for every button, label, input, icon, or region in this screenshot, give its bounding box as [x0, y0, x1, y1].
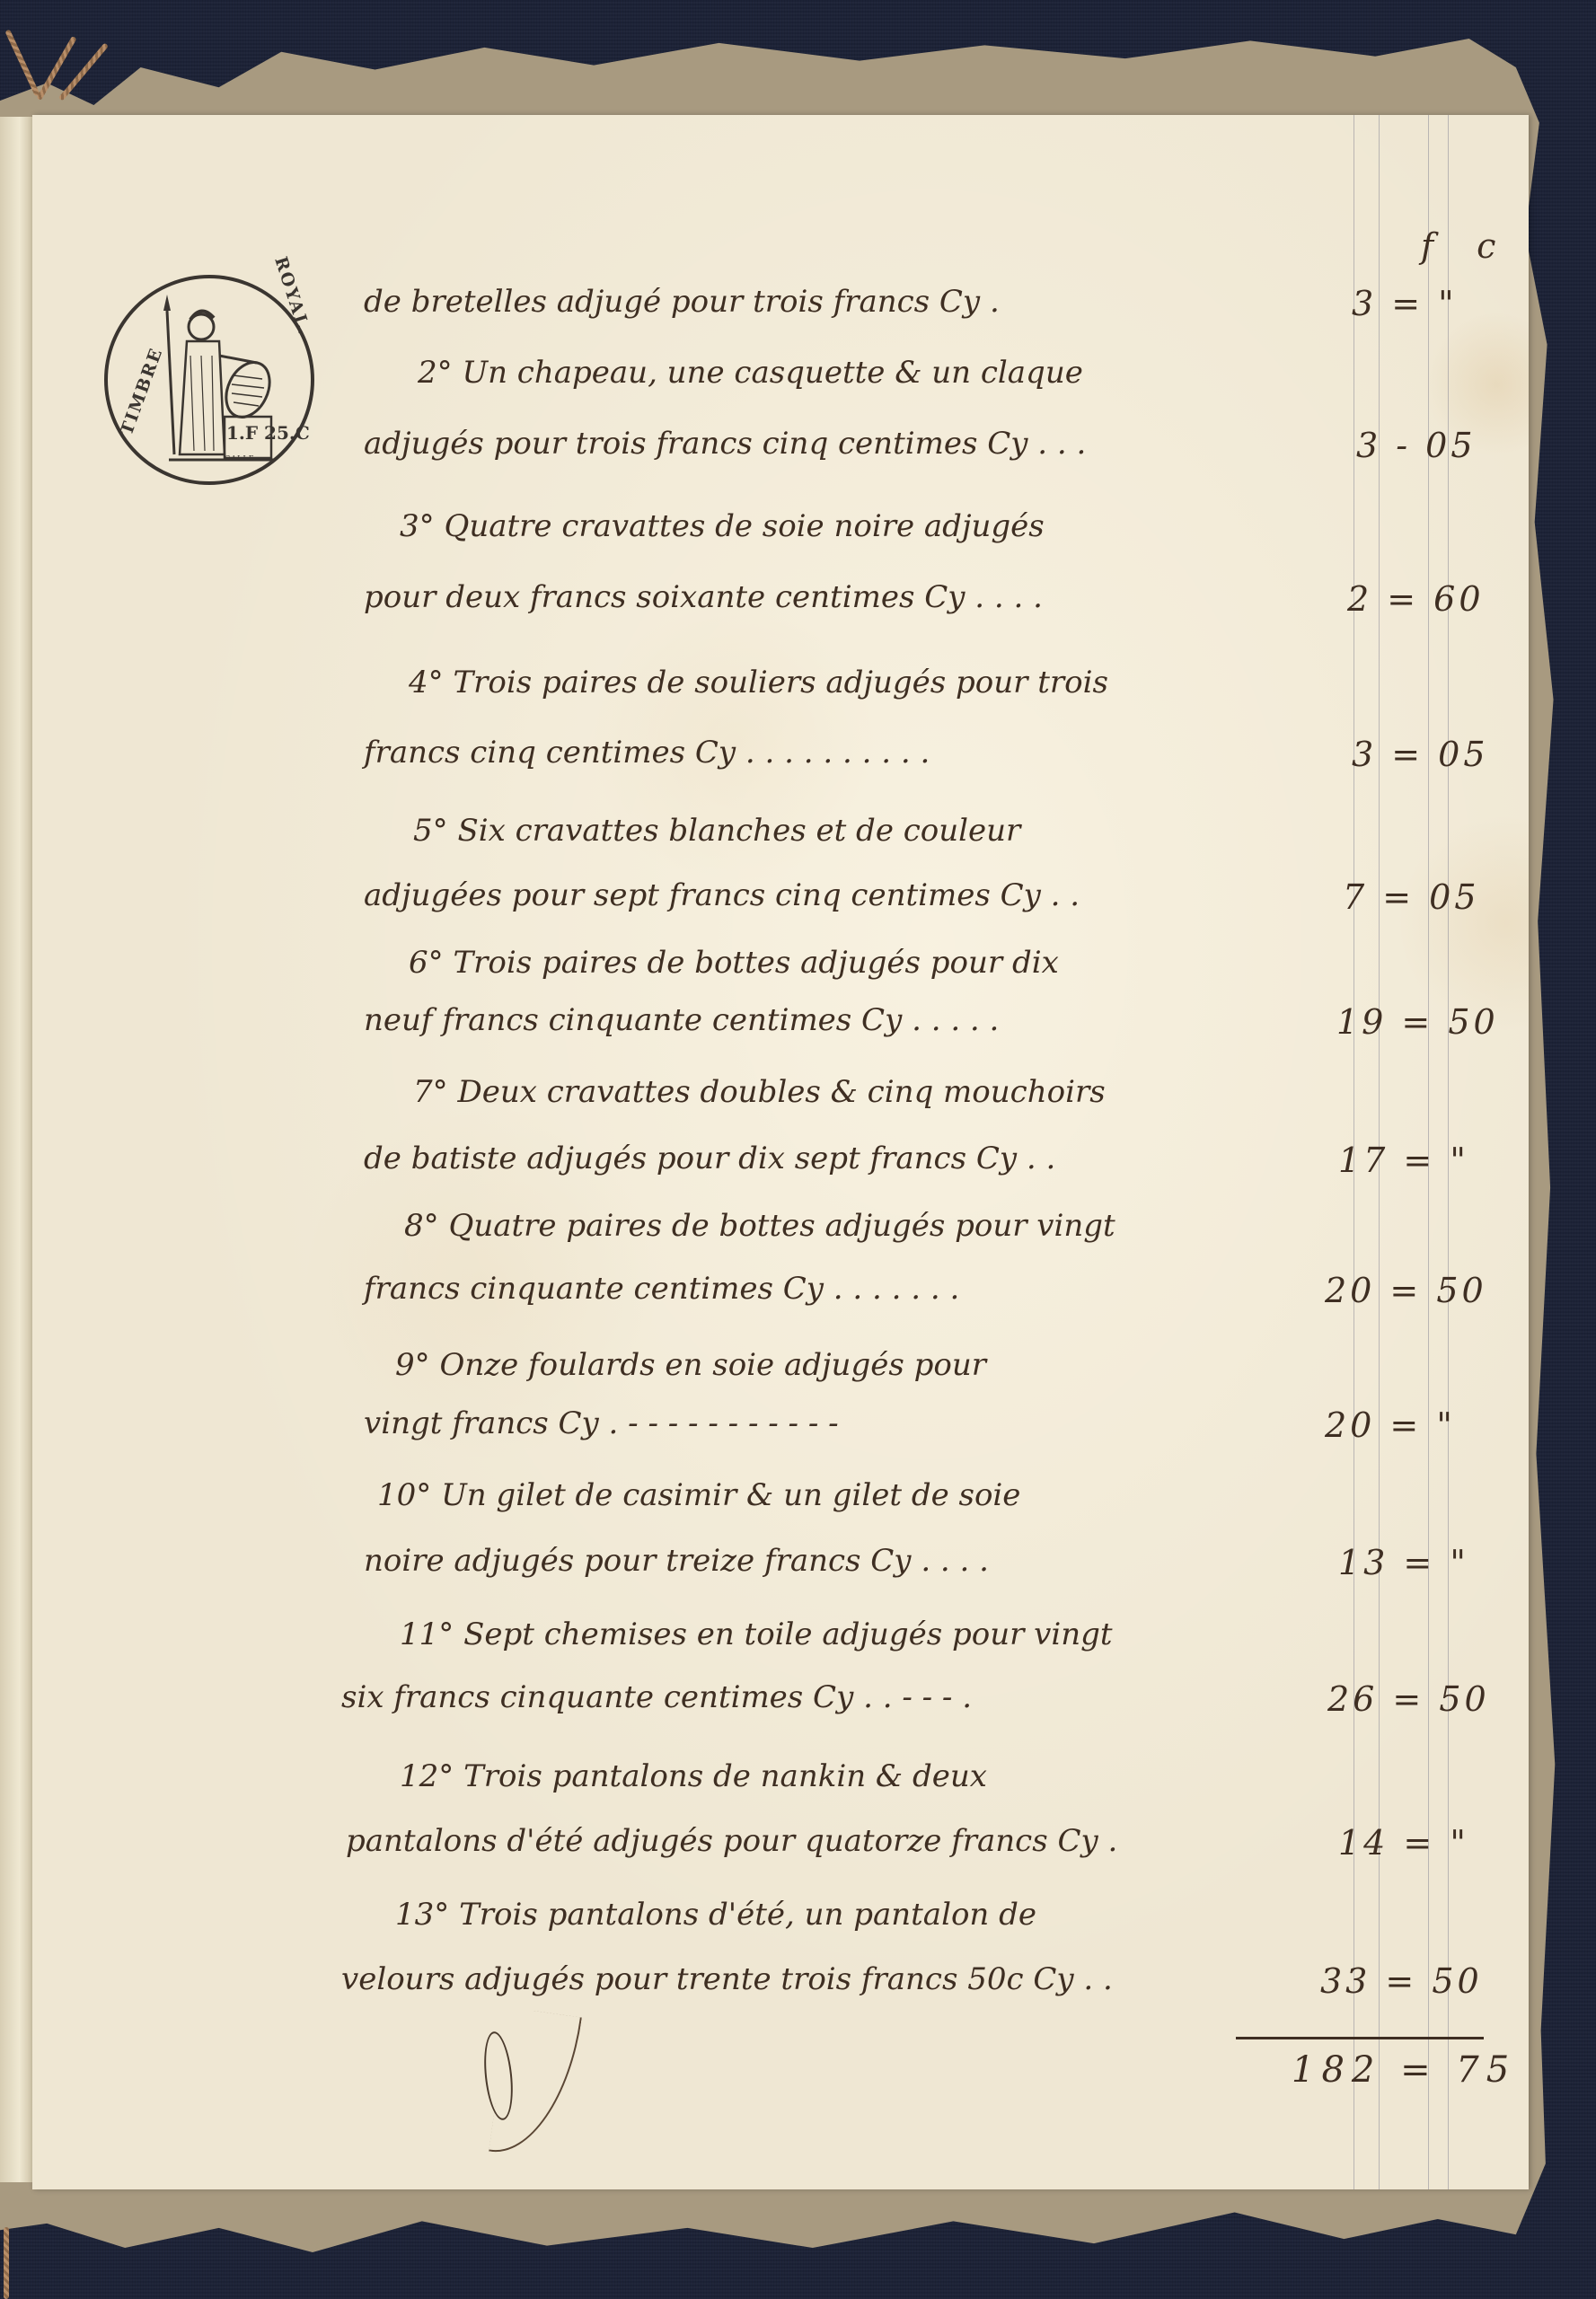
line-text: adjugés pour trois francs cinq centimes …	[364, 426, 1086, 462]
line-amount: 33 = 50	[1320, 1961, 1483, 2001]
manuscript-line: neuf francs cinquante centimes Cy . . . …	[0, 1002, 1596, 1056]
line-text: pantalons d'été adjugés pour quatorze fr…	[346, 1823, 1117, 1859]
line-text: velours adjugés pour trente trois francs…	[341, 1961, 1113, 1997]
manuscript-line: 11° Sept chemises en toile adjugés pour …	[0, 1616, 1596, 1670]
line-text: neuf francs cinquante centimes Cy . . . …	[364, 1002, 999, 1038]
manuscript-line: 8° Quatre paires de bottes adjugés pour …	[0, 1208, 1596, 1262]
line-amount: 3 = 05	[1352, 735, 1489, 774]
line-amount: 7 = 05	[1343, 877, 1480, 917]
line-text: 2° Un chapeau, une casquette & un claque	[418, 355, 1083, 391]
line-text: 9° Onze foulards en soie adjugés pour	[395, 1347, 986, 1383]
manuscript-line: pour deux francs soixante centimes Cy . …	[0, 579, 1596, 633]
manuscript-line: de bretelles adjugé pour trois francs Cy…	[0, 284, 1596, 338]
line-amount: 20 = 50	[1325, 1271, 1487, 1310]
line-amount: 13 = "	[1338, 1543, 1469, 1582]
line-amount: 3 = "	[1352, 284, 1458, 323]
manuscript-line: 3° Quatre cravattes de soie noire adjugé…	[0, 508, 1596, 562]
manuscript-line: 7° Deux cravattes doubles & cinq mouchoi…	[0, 1074, 1596, 1128]
manuscript-line: adjugées pour sept francs cinq centimes …	[0, 877, 1596, 931]
manuscript-line: 12° Trois pantalons de nankin & deux	[0, 1758, 1596, 1812]
binding-thread	[4, 29, 40, 96]
manuscript-line: noire adjugés pour treize francs Cy . . …	[0, 1543, 1596, 1597]
line-text: 13° Trois pantalons d'été, un pantalon d…	[395, 1897, 1036, 1933]
line-text: 5° Six cravattes blanches et de couleur	[413, 813, 1020, 849]
line-amount: 3 - 05	[1356, 426, 1477, 465]
line-text: 10° Un gilet de casimir & un gilet de so…	[377, 1477, 1020, 1513]
line-text: 6° Trois paires de bottes adjugés pour d…	[409, 945, 1059, 981]
line-amount: 17 = "	[1338, 1141, 1469, 1180]
manuscript-line: vingt francs Cy . - - - - - - - - - - -2…	[0, 1405, 1596, 1459]
manuscript-line: de batiste adjugés pour dix sept francs …	[0, 1141, 1596, 1194]
line-text: de bretelles adjugé pour trois francs Cy…	[364, 284, 1000, 320]
line-text: 4° Trois paires de souliers adjugés pour…	[409, 665, 1108, 700]
line-text: adjugées pour sept francs cinq centimes …	[364, 877, 1080, 913]
column-header-francs-centimes: f c	[1421, 226, 1512, 266]
manuscript-line: francs cinq centimes Cy . . . . . . . . …	[0, 735, 1596, 788]
line-text: vingt francs Cy . - - - - - - - - - - -	[364, 1405, 839, 1441]
line-amount: 26 = 50	[1327, 1679, 1490, 1719]
line-text: 3° Quatre cravattes de soie noire adjugé…	[400, 508, 1045, 544]
line-text: 8° Quatre paires de bottes adjugés pour …	[404, 1208, 1115, 1244]
line-text: pour deux francs soixante centimes Cy . …	[364, 579, 1043, 615]
line-text: de batiste adjugés pour dix sept francs …	[364, 1141, 1055, 1176]
manuscript-line: pantalons d'été adjugés pour quatorze fr…	[0, 1823, 1596, 1877]
manuscript-line: 2° Un chapeau, une casquette & un claque	[0, 355, 1596, 409]
total-underline	[1236, 2037, 1484, 2039]
line-amount: 14 = "	[1338, 1823, 1469, 1863]
manuscript-line: 5° Six cravattes blanches et de couleur	[0, 813, 1596, 867]
line-amount: 20 = "	[1325, 1405, 1456, 1445]
line-text: 11° Sept chemises en toile adjugés pour …	[400, 1616, 1113, 1652]
manuscript-line: 10° Un gilet de casimir & un gilet de so…	[0, 1477, 1596, 1531]
manuscript-line: six francs cinquante centimes Cy . . - -…	[0, 1679, 1596, 1733]
sum-total: 182 = 75	[1292, 2049, 1516, 2091]
binding-thread	[4, 2227, 9, 2299]
line-text: six francs cinquante centimes Cy . . - -…	[341, 1679, 972, 1715]
manuscript-line: 13° Trois pantalons d'été, un pantalon d…	[0, 1897, 1596, 1951]
line-amount: 2 = 60	[1347, 579, 1485, 619]
manuscript-line: 6° Trois paires de bottes adjugés pour d…	[0, 945, 1596, 999]
manuscript-line: adjugés pour trois francs cinq centimes …	[0, 426, 1596, 480]
line-text: francs cinquante centimes Cy . . . . . .…	[364, 1271, 959, 1307]
manuscript-line: velours adjugés pour trente trois francs…	[0, 1961, 1596, 2015]
manuscript-line: 9° Onze foulards en soie adjugés pour	[0, 1347, 1596, 1401]
line-text: 7° Deux cravattes doubles & cinq mouchoi…	[413, 1074, 1106, 1110]
line-text: francs cinq centimes Cy . . . . . . . . …	[364, 735, 930, 771]
manuscript-line: 4° Trois paires de souliers adjugés pour…	[0, 665, 1596, 718]
line-text: 12° Trois pantalons de nankin & deux	[400, 1758, 987, 1794]
line-amount: 19 = 50	[1336, 1002, 1499, 1042]
line-text: noire adjugés pour treize francs Cy . . …	[364, 1543, 989, 1579]
manuscript-line: francs cinquante centimes Cy . . . . . .…	[0, 1271, 1596, 1325]
